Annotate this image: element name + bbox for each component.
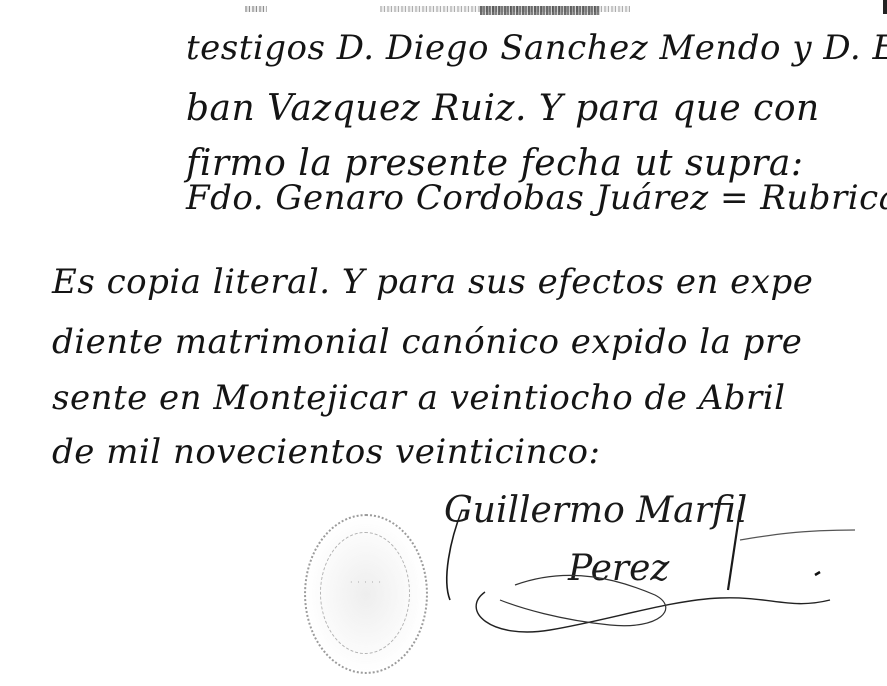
text-line: ban Vazquez Ruiz. Y para que con <box>186 88 820 129</box>
text-line: de mil novecientos veinticinco: <box>52 432 600 472</box>
seal-inner-ring <box>320 532 410 654</box>
scan-artifact-dark <box>480 6 600 15</box>
official-seal: · · · · · <box>304 514 428 674</box>
text-line: sente en Montejicar a veintiocho de Abri… <box>52 378 786 418</box>
seal-text: · · · · · <box>306 578 426 587</box>
scan-corner-mark <box>883 0 887 14</box>
text-line: Fdo. Genaro Cordobas Juárez = Rubrica <box>186 178 887 218</box>
text-line: Es copia literal. Y para sus efectos en … <box>52 262 813 302</box>
text-line: testigos D. Diego Sanchez Mendo y D. Es <box>186 28 887 68</box>
signature-flourish-icon <box>440 480 860 640</box>
text-line: diente matrimonial canónico expido la pr… <box>52 322 802 362</box>
scan-artifact-left <box>245 6 267 12</box>
